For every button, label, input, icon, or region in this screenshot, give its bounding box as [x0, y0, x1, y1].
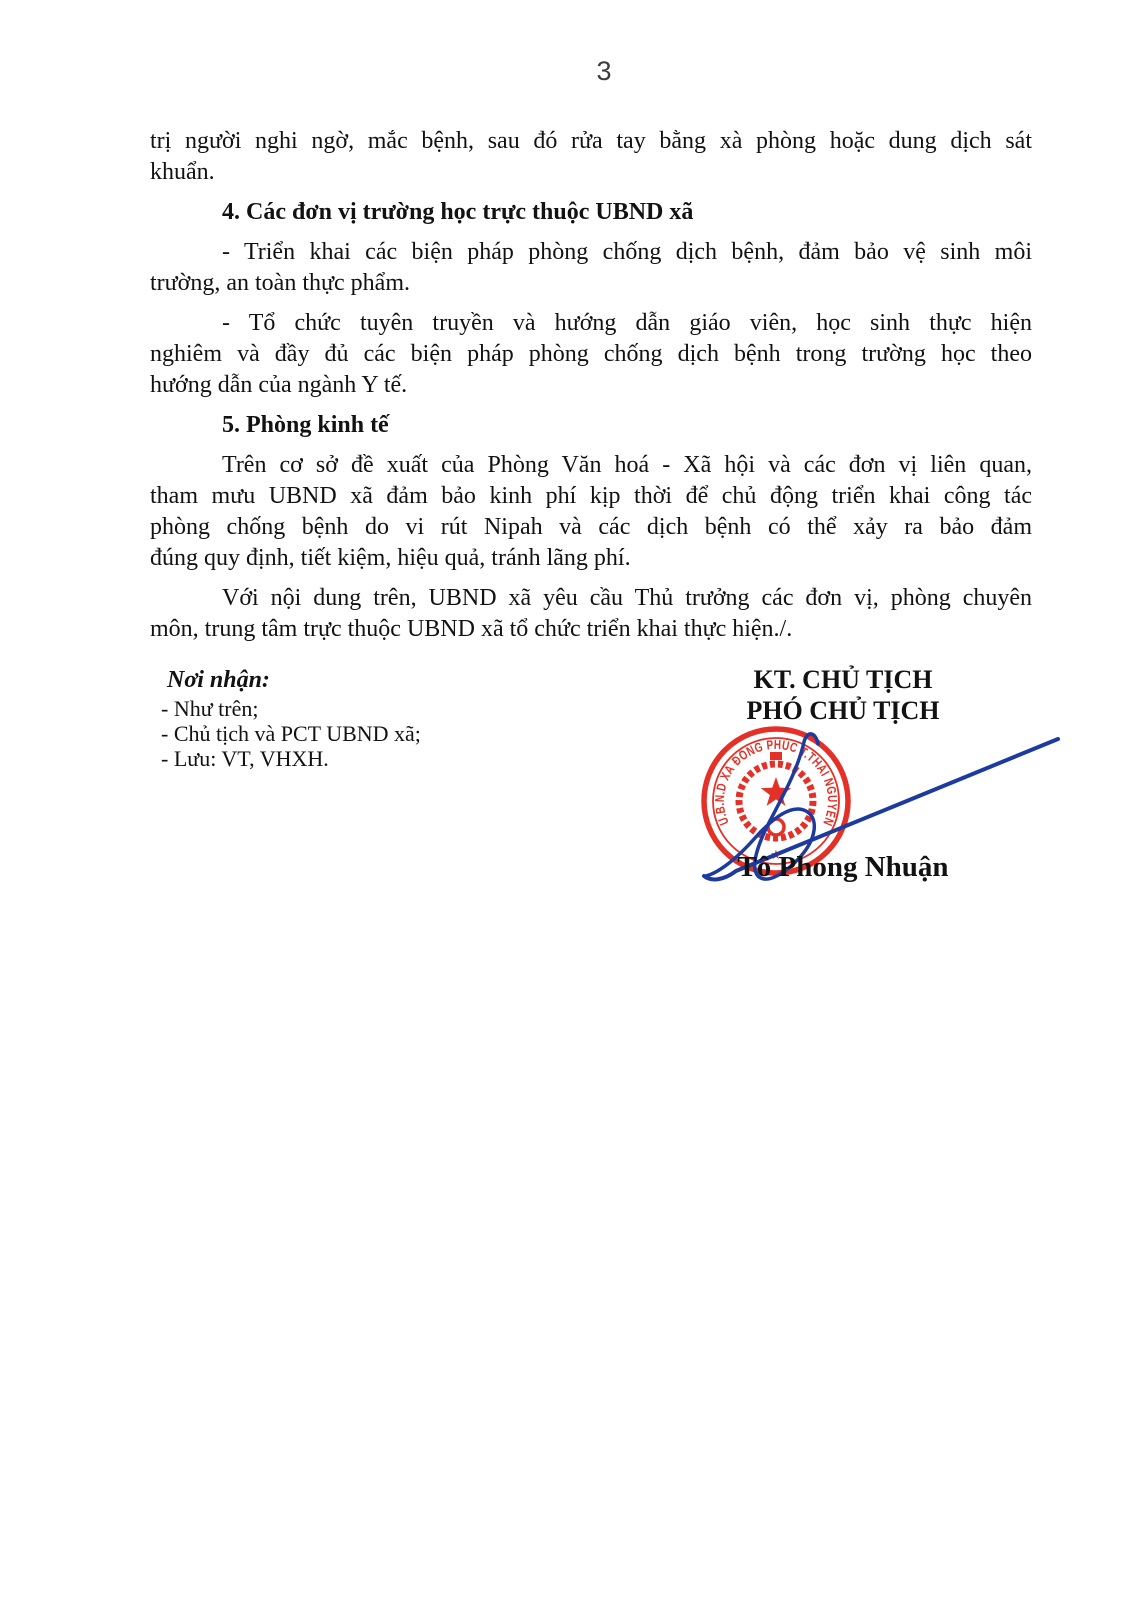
recipient-item: - Chủ tịch và PCT UBND xã; [161, 721, 421, 746]
seal-arc-text: U.B.N.D XÃ ĐỒNG PHÚC T.THÁI NGUYÊN [712, 737, 840, 828]
signature-titles: KT. CHỦ TỊCH PHÓ CHỦ TỊCH [688, 664, 998, 726]
body-line: nghiêm và đầy đủ các biện pháp phòng chố… [150, 339, 1032, 370]
body-line: Với nội dung trên, UBND xã yêu cầu Thủ t… [150, 583, 1032, 614]
authority-title: KT. CHỦ TỊCH [688, 664, 998, 695]
signer-name: Tô Phong Nhuận [688, 851, 998, 884]
emblem-gear-icon [768, 819, 784, 835]
body-line: hướng dẫn của ngành Y tế. [150, 370, 1032, 401]
section-heading-5: 5. Phòng kinh tế [150, 410, 1032, 441]
body-line: trị người nghi ngờ, mắc bệnh, sau đó rửa… [150, 126, 1032, 157]
body-line: môn, trung tâm trực thuộc UBND xã tổ chứ… [150, 614, 1032, 645]
recipients-block: Nơi nhận: - Như trên; - Chủ tịch và PCT … [161, 666, 421, 771]
position-title: PHÓ CHỦ TỊCH [688, 695, 998, 726]
recipient-item: - Lưu: VT, VHXH. [161, 746, 421, 771]
recipient-item: - Như trên; [161, 696, 421, 721]
body-line: - Triển khai các biện pháp phòng chống d… [150, 237, 1032, 268]
document-body: trị người nghi ngờ, mắc bệnh, sau đó rửa… [150, 126, 1032, 645]
section-heading-4: 4. Các đơn vị trường học trực thuộc UBND… [150, 197, 1032, 228]
emblem-top-tab [770, 752, 782, 760]
emblem-wreath-icon [739, 764, 813, 838]
body-line: trường, an toàn thực phẩm. [150, 268, 1032, 299]
emblem-star-icon [761, 777, 791, 806]
svg-text:U.B.N.D XÃ ĐỒNG PHÚC T.THÁI NG: U.B.N.D XÃ ĐỒNG PHÚC T.THÁI NGUYÊN [712, 737, 840, 828]
body-line: - Tổ chức tuyên truyền và hướng dẫn giáo… [150, 308, 1032, 339]
body-line: khuẩn. [150, 157, 1032, 188]
body-line: Trên cơ sở đề xuất của Phòng Văn hoá - X… [150, 450, 1032, 481]
recipients-title: Nơi nhận: [161, 666, 421, 694]
document-page: 3 trị người nghi ngờ, mắc bệnh, sau đó r… [0, 0, 1136, 1608]
body-line: phòng chống bệnh do vi rút Nipah và các … [150, 512, 1032, 543]
body-line: đúng quy định, tiết kiệm, hiệu quả, trán… [150, 543, 1032, 574]
body-line: tham mưu UBND xã đảm bảo kinh phí kịp th… [150, 481, 1032, 512]
page-number: 3 [568, 56, 640, 87]
